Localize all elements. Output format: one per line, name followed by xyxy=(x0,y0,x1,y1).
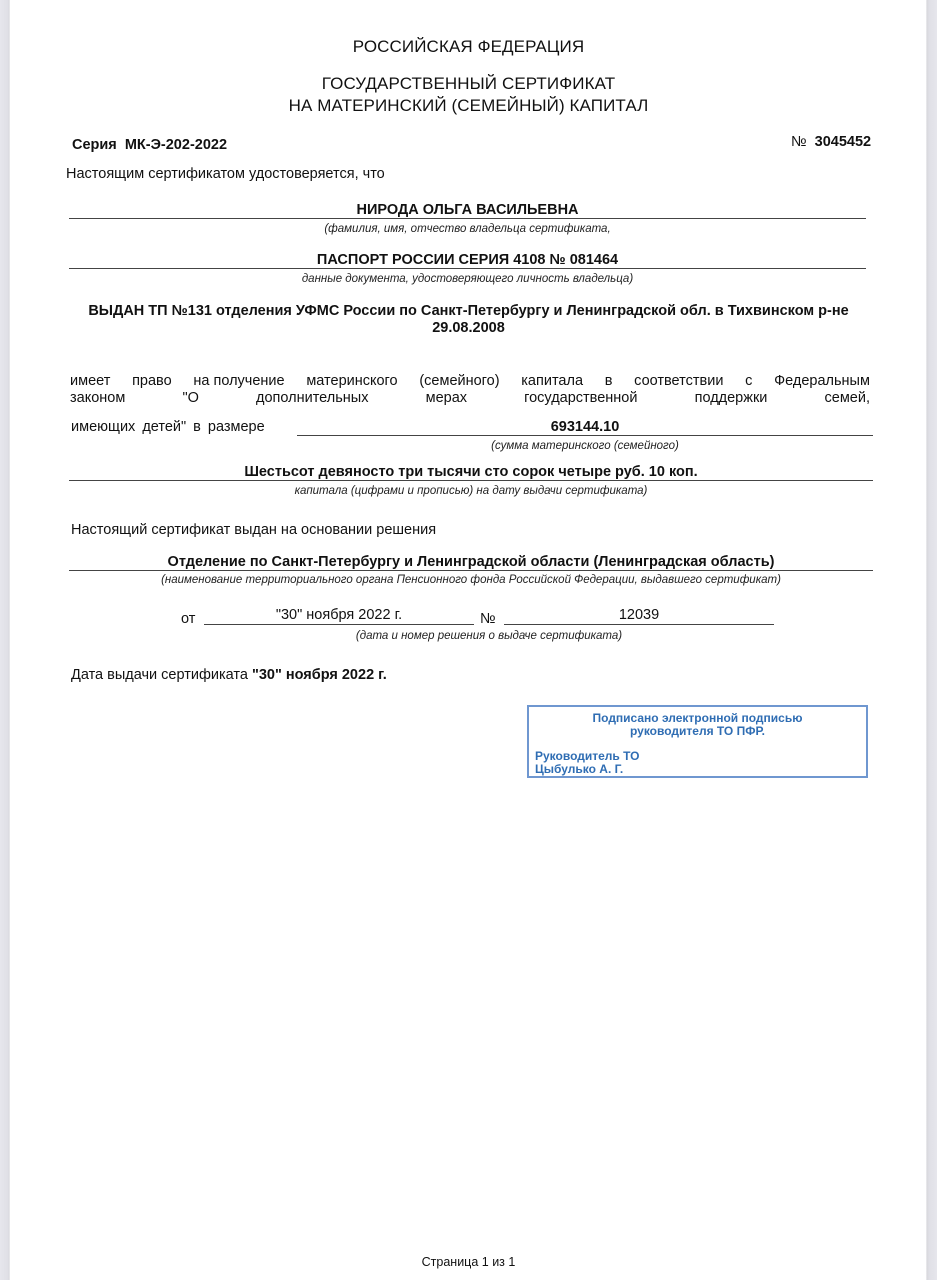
word: право xyxy=(132,373,172,389)
country-heading: РОССИЙСКАЯ ФЕДЕРАЦИЯ xyxy=(0,37,937,57)
word: имеет xyxy=(70,373,110,389)
word: с xyxy=(745,373,752,389)
number-value: 3045452 xyxy=(815,134,871,150)
decision-hint: (дата и номер решения о выдаче сертифика… xyxy=(204,630,774,642)
decision-organ: Отделение по Санкт-Петербургу и Ленингра… xyxy=(69,554,873,570)
word: поддержки xyxy=(695,390,768,406)
passport-underline xyxy=(69,268,866,269)
word: в xyxy=(605,373,613,389)
amount-words: Шестьсот девяносто три тысячи сто сорок … xyxy=(69,464,873,480)
word: Федеральным xyxy=(774,373,870,389)
page-right-edge xyxy=(926,0,937,1280)
holder-name: НИРОДА ОЛЬГА ВАСИЛЬЕВНА xyxy=(69,202,866,218)
passport-data: ПАСПОРТ РОССИИ СЕРИЯ 4108 № 081464 xyxy=(69,252,866,268)
word: соответствии xyxy=(634,373,723,389)
decision-intro: Настоящий сертификат выдан на основании … xyxy=(71,522,436,538)
decision-number: 12039 xyxy=(504,607,774,623)
amount-words-hint: капитала (цифрами и прописью) на дату вы… xyxy=(69,485,873,497)
signature-line1: Подписано электронной подписью xyxy=(529,712,866,725)
issue-date: Дата выдачи сертификата "30" ноября 2022… xyxy=(71,667,387,683)
number-label: № xyxy=(791,134,807,150)
word: мерах xyxy=(426,390,467,406)
page-number: Страница 1 из 1 xyxy=(0,1255,937,1269)
entitlement-line3: имеющих детей" в размере xyxy=(71,419,265,435)
issue-date-label: Дата выдачи сертификата xyxy=(71,667,248,683)
word: капитала xyxy=(521,373,583,389)
electronic-signature-stamp: Подписано электронной подписью руководит… xyxy=(527,705,868,778)
entitlement-line2: законом "О дополнительных мерах государс… xyxy=(70,390,870,406)
passport-hint: данные документа, удостоверяющего личнос… xyxy=(69,273,866,285)
holder-name-underline xyxy=(69,218,866,219)
page-left-edge xyxy=(0,0,10,1280)
decision-organ-hint: (наименование территориального органа Пе… xyxy=(69,574,873,586)
intro-text: Настоящим сертификатом удостоверяется, ч… xyxy=(66,166,385,182)
word: законом xyxy=(70,390,125,406)
word: семей, xyxy=(825,390,870,406)
decision-number-label: № xyxy=(480,611,496,627)
decision-number-underline xyxy=(504,624,774,625)
passport-issued-date: 29.08.2008 xyxy=(0,320,937,336)
word: государственной xyxy=(524,390,637,406)
word: материнского xyxy=(306,373,397,389)
certificate-title-line2: НА МАТЕРИНСКИЙ (СЕМЕЙНЫЙ) КАПИТАЛ xyxy=(0,96,937,116)
amount-words-underline xyxy=(69,480,873,481)
signature-role: Руководитель ТО xyxy=(535,750,640,763)
amount-hint: (сумма материнского (семейного) xyxy=(297,440,873,452)
word: (семейного) xyxy=(419,373,499,389)
decision-from-label: от xyxy=(181,611,195,627)
passport-issued-by: ВЫДАН ТП №131 отделения УФМС России по С… xyxy=(0,303,937,319)
series-value: МК-Э-202-2022 xyxy=(125,137,227,153)
holder-name-hint: (фамилия, имя, отчество владельца сертиф… xyxy=(69,223,866,235)
series: Серия МК-Э-202-2022 xyxy=(72,137,227,153)
word: на получение xyxy=(193,373,284,389)
amount-digits: 693144.10 xyxy=(297,419,873,435)
word: "О xyxy=(182,390,198,406)
series-label: Серия xyxy=(72,137,117,153)
word: дополнительных xyxy=(256,390,368,406)
amount-underline xyxy=(297,435,873,436)
decision-date: "30" ноября 2022 г. xyxy=(204,607,474,623)
signature-line2: руководителя ТО ПФР. xyxy=(529,725,866,738)
decision-date-underline xyxy=(204,624,474,625)
certificate-title-line1: ГОСУДАРСТВЕННЫЙ СЕРТИФИКАТ xyxy=(0,74,937,94)
entitlement-line1: имеет право на получение материнского (с… xyxy=(70,373,870,389)
issue-date-value: "30" ноября 2022 г. xyxy=(252,667,387,683)
decision-organ-underline xyxy=(69,570,873,571)
signature-name: Цыбулько А. Г. xyxy=(535,763,640,776)
certificate-number: № 3045452 xyxy=(791,134,871,150)
